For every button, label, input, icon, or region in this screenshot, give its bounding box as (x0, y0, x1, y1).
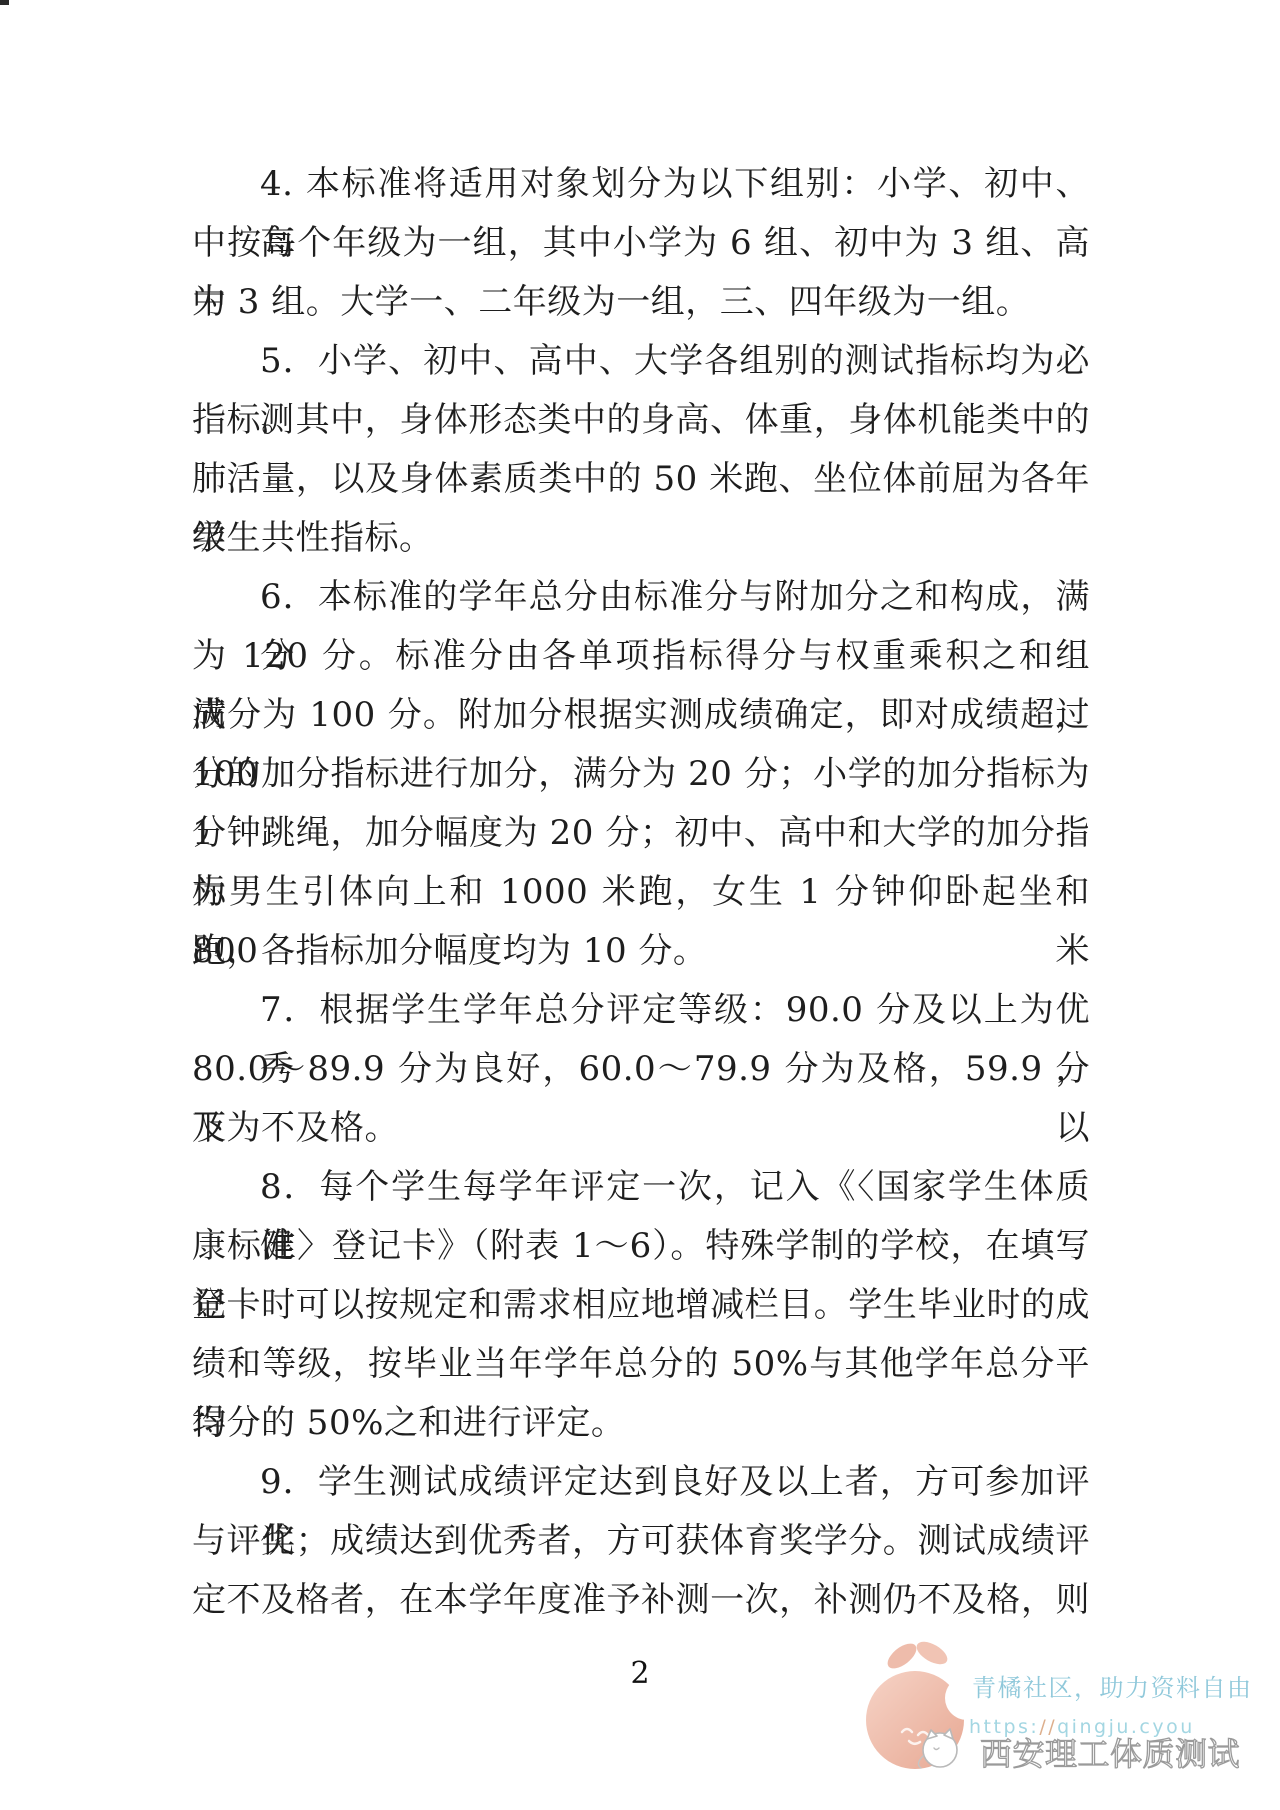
text-line: 为 3 组。大学一、二年级为一组，三、四年级为一组。 (192, 273, 1090, 332)
text-line: 9．学生测试成绩评定达到良好及以上者，方可参加评优 (192, 1453, 1090, 1512)
text-line: 分钟跳绳，加分幅度为 20 分；初中、高中和大学的加分指标 (192, 804, 1090, 863)
text-line: 得分的 50%之和进行评定。 (192, 1394, 1090, 1453)
document-body-text: 4. 本标准将适用对象划分为以下组别：小学、初中、高中按每个年级为一组，其中小学… (192, 155, 1090, 1630)
peach-logo-icon (862, 1640, 982, 1778)
text-line: 为 120 分。标准分由各单项指标得分与权重乘积之和组成， (192, 627, 1090, 686)
text-line: 4. 本标准将适用对象划分为以下组别：小学、初中、高 (192, 155, 1090, 214)
text-line: 肺活量，以及身体素质类中的 50 米跑、坐位体前屈为各年级 (192, 450, 1090, 509)
text-line: 6．本标准的学年总分由标准分与附加分之和构成，满分 (192, 568, 1090, 627)
text-line: 7．根据学生学年总分评定等级：90.0 分及以上为优秀， (192, 981, 1090, 1040)
watermark-slogan: 青橘社区，助力资料自由 (972, 1668, 1253, 1703)
text-line: 学生共性指标。 (192, 509, 1090, 568)
text-line: 指标。其中，身体形态类中的身高、体重，身体机能类中的 (192, 391, 1090, 450)
text-line: 定不及格者，在本学年度准予补测一次，补测仍不及格，则 (192, 1571, 1090, 1630)
text-line: 与评奖；成绩达到优秀者，方可获体育奖学分。测试成绩评 (192, 1512, 1090, 1571)
scan-artifact-mark (0, 0, 9, 5)
text-line: 中按每个年级为一组，其中小学为 6 组、初中为 3 组、高中 (192, 214, 1090, 273)
watermark-brand: 西安理工体质测试 (980, 1729, 1240, 1775)
text-line: 康标准〉登记卡》（附表 1～6）。特殊学制的学校，在填写登 (192, 1217, 1090, 1276)
text-line: 绩和等级，按毕业当年学年总分的 50%与其他学年总分平均 (192, 1335, 1090, 1394)
text-line: 满分为 100 分。附加分根据实测成绩确定，即对成绩超过 100 (192, 686, 1090, 745)
text-line: 8．每个学生每学年评定一次，记入《〈国家学生体质健 (192, 1158, 1090, 1217)
text-line: 为男生引体向上和 1000 米跑，女生 1 分钟仰卧起坐和 800 米 (192, 863, 1090, 922)
text-line: 5．小学、初中、高中、大学各组别的测试指标均为必测 (192, 332, 1090, 391)
watermark: 青橘社区，助力资料自由 https://qingju.cyou 西安理工体质测试 (840, 1636, 1280, 1810)
text-line: 记卡时可以按规定和需求相应地增减栏目。学生毕业时的成 (192, 1276, 1090, 1335)
text-line: 分的加分指标进行加分，满分为 20 分；小学的加分指标为 1 (192, 745, 1090, 804)
document-page: { "page": { "number": "2" }, "document":… (0, 0, 1280, 1810)
text-line: 80.0～89.9 分为良好，60.0～79.9 分为及格，59.9 分及以 (192, 1040, 1090, 1099)
